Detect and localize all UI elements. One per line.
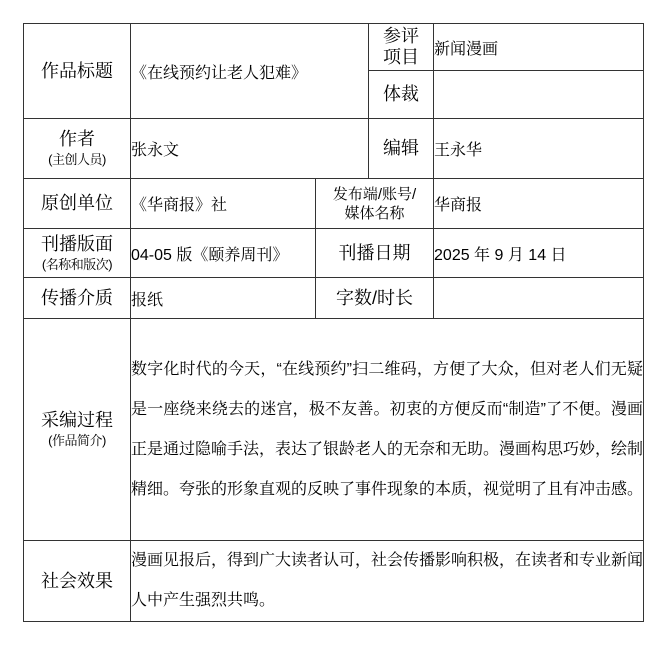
field-value-layout-page: 04-05 版《颐养周刊》 [131, 229, 316, 278]
field-value-entry-item: 新闻漫画 [434, 24, 644, 71]
field-value-social-effect: 漫画见报后，得到广大读者认可，社会传播影响积极，在读者和专业新闻人中产生强烈共鸣… [131, 541, 644, 622]
field-value-process: 数字化时代的今天，“在线预约”扫二维码，方便了大众，但对老人们无疑是一座绕来绕去… [131, 319, 644, 541]
row-layout-page: 刊播版面 (名称和版次) 04-05 版《颐养周刊》 刊播日期 2025 年 9… [24, 229, 644, 278]
row-work-title: 作品标题 《在线预约让老人犯难》 参评 项目 新闻漫画 [24, 24, 644, 71]
field-label-medium: 传播介质 [24, 278, 131, 319]
field-label-editor: 编辑 [369, 119, 434, 179]
field-value-work-title: 《在线预约让老人犯难》 [131, 24, 369, 119]
field-value-author: 张永文 [131, 119, 369, 179]
field-value-genre [434, 71, 644, 119]
field-value-medium: 报纸 [131, 278, 316, 319]
process-label-main: 采编过程 [24, 410, 130, 431]
row-author: 作者 (主创人员) 张永文 编辑 王永华 [24, 119, 644, 179]
field-label-word-count: 字数/时长 [316, 278, 434, 319]
row-origin-unit: 原创单位 《华商报》社 发布端/账号/ 媒体名称 华商报 [24, 179, 644, 229]
field-value-word-count [434, 278, 644, 319]
field-label-process: 采编过程 (作品简介) [24, 319, 131, 541]
field-label-publish-channel: 发布端/账号/ 媒体名称 [316, 179, 434, 229]
author-label-main: 作者 [24, 129, 130, 150]
field-value-publish-date: 2025 年 9 月 14 日 [434, 229, 644, 278]
row-social-effect: 社会效果 漫画见报后，得到广大读者认可，社会传播影响积极，在读者和专业新闻人中产… [24, 541, 644, 622]
layout-page-label-main: 刊播版面 [24, 234, 130, 255]
entry-form-document: 作品标题 《在线预约让老人犯难》 参评 项目 新闻漫画 体裁 作者 (主创人员)… [23, 23, 644, 622]
field-label-entry-item: 参评 项目 [369, 24, 434, 71]
row-medium: 传播介质 报纸 字数/时长 [24, 278, 644, 319]
field-label-origin-unit: 原创单位 [24, 179, 131, 229]
field-value-origin-unit: 《华商报》社 [131, 179, 316, 229]
process-label-sub: (作品简介) [24, 433, 130, 449]
field-label-layout-page: 刊播版面 (名称和版次) [24, 229, 131, 278]
field-label-publish-date: 刊播日期 [316, 229, 434, 278]
author-label-sub: (主创人员) [24, 152, 130, 168]
field-label-work-title: 作品标题 [24, 24, 131, 119]
row-process: 采编过程 (作品简介) 数字化时代的今天，“在线预约”扫二维码，方便了大众，但对… [24, 319, 644, 541]
layout-page-label-sub: (名称和版次) [24, 257, 130, 273]
field-value-editor: 王永华 [434, 119, 644, 179]
entry-form-table: 作品标题 《在线预约让老人犯难》 参评 项目 新闻漫画 体裁 作者 (主创人员)… [23, 23, 644, 622]
field-label-social-effect: 社会效果 [24, 541, 131, 622]
field-label-author: 作者 (主创人员) [24, 119, 131, 179]
field-value-publish-channel: 华商报 [434, 179, 644, 229]
field-label-genre: 体裁 [369, 71, 434, 119]
